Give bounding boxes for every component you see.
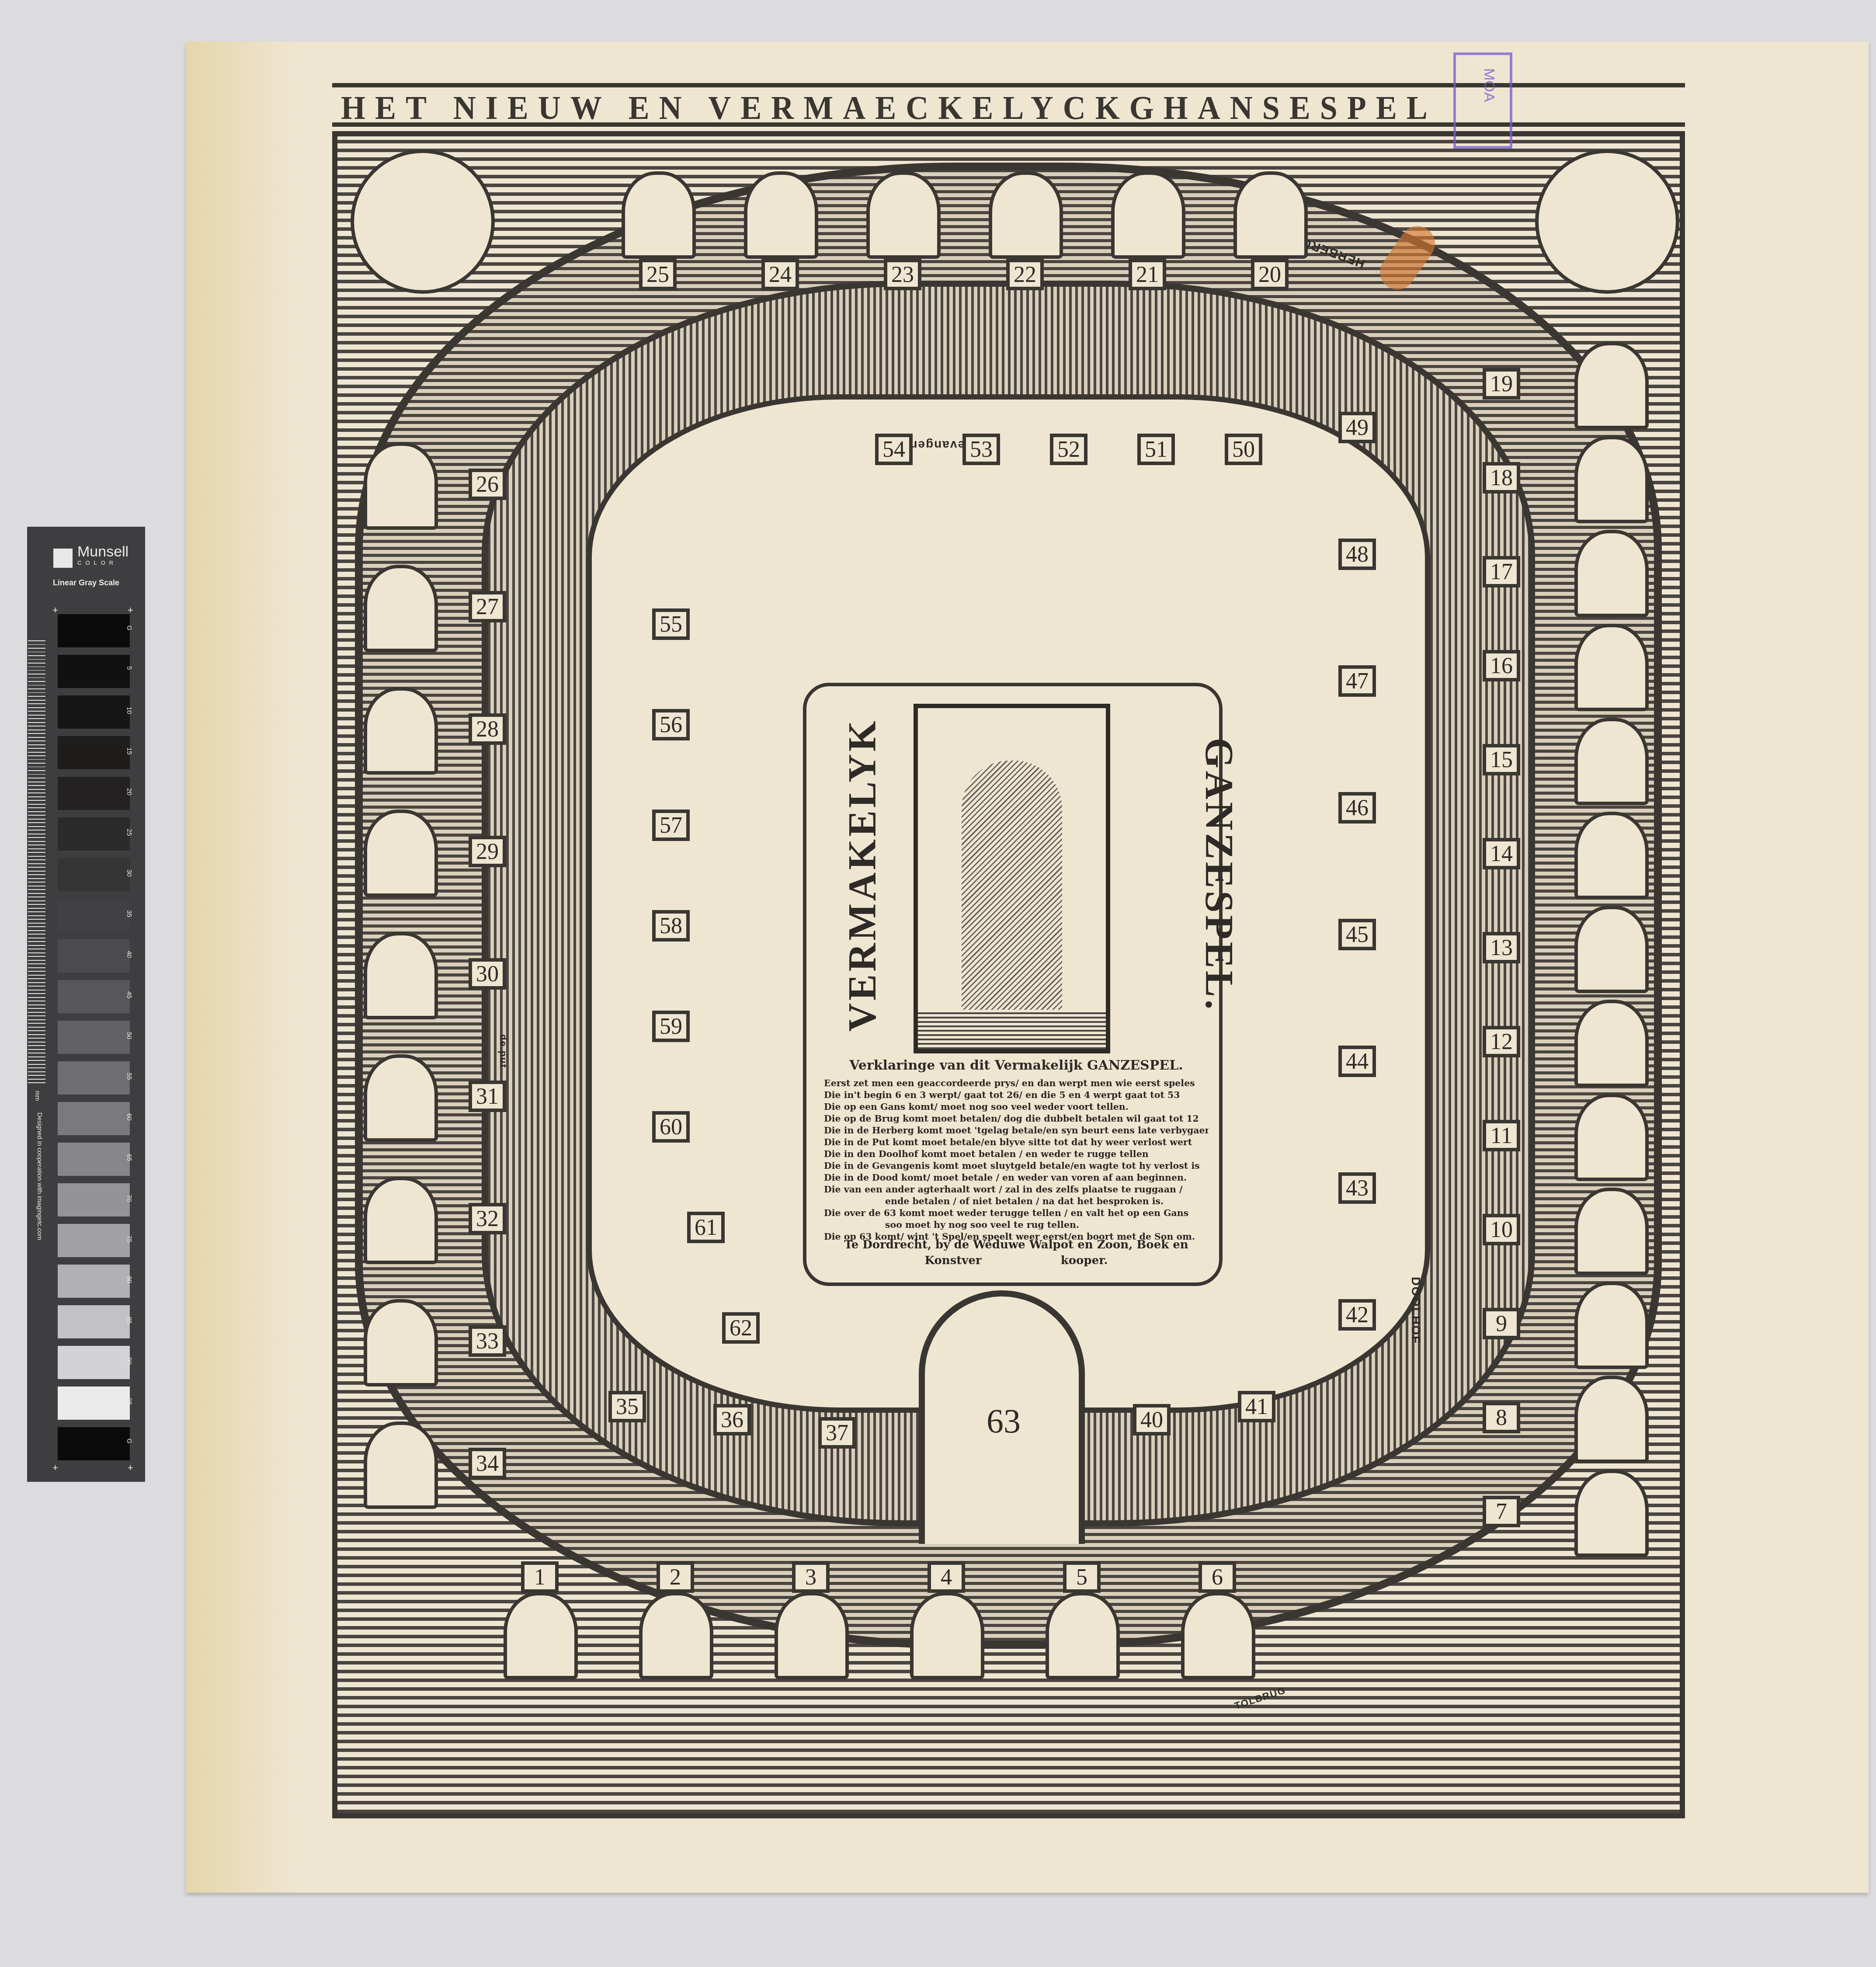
gray-patch-label: 25 — [125, 829, 133, 836]
gray-patch — [58, 736, 130, 769]
space-cell — [1574, 436, 1649, 523]
gray-patch — [58, 1143, 130, 1176]
space-cell — [1046, 1592, 1120, 1679]
gray-patch-label: 35 — [125, 910, 133, 917]
gray-patch — [58, 777, 130, 810]
space-cell — [1574, 1376, 1649, 1463]
center-panel: VERMAKELYK GANZESPEL. Verklaringe van di… — [803, 683, 1223, 1286]
space-cell — [1574, 1282, 1649, 1369]
rule-line: Die in de Put komt moet betale/en blyve … — [824, 1136, 1209, 1148]
square-57: 57 — [652, 810, 690, 841]
stamp-text: MOA — [1480, 68, 1497, 102]
scale-credit: Designed in cooperation with imagingetc.… — [36, 1112, 43, 1240]
gray-patch-label: 70 — [125, 1195, 133, 1202]
rule-line: Die in't begin 6 en 3 werpt/ gaat tot 26… — [824, 1089, 1209, 1101]
square-32: 32 — [469, 1203, 506, 1234]
square-20: 20 — [1251, 259, 1289, 290]
gray-patch-label: 95 — [125, 1398, 133, 1405]
gray-patch-label: G — [125, 626, 133, 631]
gray-patch-label: 45 — [125, 991, 133, 999]
square-54: 54 — [875, 434, 913, 465]
goal-arch-63: 63 — [919, 1290, 1085, 1544]
square-12: 12 — [1483, 1026, 1520, 1057]
gray-patch-label: 20 — [125, 788, 133, 796]
imprint-line: Konstver kooper. — [824, 1253, 1209, 1268]
gray-patch-label: 15 — [125, 747, 133, 755]
gray-patch-label: 60 — [125, 1113, 133, 1121]
space-cell — [1574, 624, 1649, 711]
lady-with-falcon-woodcut — [914, 704, 1110, 1053]
space-cell — [1574, 342, 1649, 429]
rule-line: soo moet hy nog soo veel te rug tellen. — [824, 1219, 1209, 1231]
square-29: 29 — [469, 836, 506, 867]
game-board: HERBERG Gevangenis DOOLHOF TOLBRUG de pu… — [332, 131, 1685, 1818]
space-cell — [364, 810, 438, 897]
square-5: 5 — [1063, 1561, 1101, 1593]
square-41: 41 — [1238, 1391, 1275, 1422]
square-56: 56 — [652, 709, 690, 740]
square-26: 26 — [469, 469, 506, 500]
space-cell — [622, 171, 696, 259]
rule-line: Die over de 63 komt moet weder terugge t… — [824, 1207, 1209, 1219]
space-cell — [364, 687, 438, 775]
imprint-line: Te Dordrecht, by de Weduwe Walpot en Zoo… — [824, 1237, 1209, 1253]
square-15: 15 — [1483, 744, 1520, 775]
square-2: 2 — [657, 1561, 694, 1593]
square-11: 11 — [1483, 1120, 1520, 1151]
square-53: 53 — [962, 434, 1000, 465]
portrait-top-left — [351, 149, 495, 294]
rule-line: Die in den Doolhof komt moet betalen / e… — [824, 1148, 1209, 1160]
ground-hatching — [918, 1010, 1106, 1049]
rule-line: Die in de Herberg komt moet 'tgelag beta… — [824, 1125, 1209, 1136]
gray-patch — [58, 1061, 130, 1095]
gray-patch — [58, 1183, 130, 1216]
space-cell — [1111, 171, 1185, 259]
mm-ruler — [28, 640, 45, 1086]
goal-number: 63 — [973, 1401, 1034, 1441]
gray-patch — [58, 614, 130, 647]
space-cell — [1574, 530, 1649, 617]
collection-stamp: MOA — [1453, 52, 1512, 149]
square-33: 33 — [469, 1325, 506, 1357]
rule-line: Die van een ander agterhaalt wort / zal … — [824, 1184, 1209, 1195]
square-61: 61 — [687, 1212, 725, 1243]
square-30: 30 — [469, 958, 506, 990]
space-cell — [1574, 812, 1649, 899]
square-13: 13 — [1483, 932, 1520, 963]
portrait-top-right — [1535, 149, 1679, 294]
square-47: 47 — [1338, 665, 1376, 697]
rule-line: Die op een Gans komt/ moet nog soo veel … — [824, 1101, 1209, 1113]
square-40: 40 — [1133, 1404, 1171, 1435]
square-23: 23 — [884, 259, 921, 290]
gray-patch — [58, 695, 130, 729]
space-cell — [1574, 1470, 1649, 1557]
gray-patch-label: 85 — [125, 1317, 133, 1324]
registration-mark-icon: + — [52, 605, 58, 616]
rule-line: Eerst zet men een geaccordeerde prys/ en… — [824, 1077, 1209, 1089]
square-35: 35 — [608, 1391, 646, 1422]
square-1: 1 — [521, 1561, 559, 1593]
square-50: 50 — [1225, 434, 1262, 465]
square-60: 60 — [652, 1111, 690, 1143]
center-title-left: VERMAKELYK — [840, 718, 885, 1032]
square-27: 27 — [469, 591, 506, 622]
space-cell — [364, 1054, 438, 1142]
square-45: 45 — [1338, 919, 1376, 950]
rule-line: ende betalen / of niet betalen / na dat … — [824, 1195, 1209, 1207]
gray-patch — [58, 1427, 130, 1460]
square-21: 21 — [1129, 259, 1166, 290]
goose-game-print: HET NIEUW EN VERMAECKELYCKGHANSESPEL HER… — [332, 83, 1685, 1818]
gray-patch — [58, 939, 130, 973]
square-42: 42 — [1338, 1299, 1376, 1331]
square-43: 43 — [1338, 1172, 1376, 1204]
space-cell — [364, 1421, 438, 1509]
square-14: 14 — [1483, 838, 1520, 869]
gray-patch — [58, 1224, 130, 1257]
gray-patch — [58, 1346, 130, 1379]
gray-patch-label: 55 — [125, 1073, 133, 1080]
square-52: 52 — [1050, 434, 1087, 465]
lady-figure — [962, 761, 1062, 1023]
square-10: 10 — [1483, 1214, 1520, 1245]
scale-title: Linear Gray Scale — [27, 578, 145, 587]
square-62: 62 — [722, 1312, 760, 1344]
square-25: 25 — [639, 259, 677, 290]
square-51: 51 — [1137, 434, 1175, 465]
print-title: HET NIEUW EN VERMAECKELYCKGHANSESPEL — [341, 89, 1437, 127]
square-37: 37 — [818, 1417, 856, 1449]
center-title-right: GANZESPEL. — [1196, 738, 1241, 1012]
space-cell — [1233, 171, 1308, 259]
square-31: 31 — [469, 1081, 506, 1112]
square-58: 58 — [652, 910, 690, 942]
munsell-gray-scale-card: MunsellCOLOR Linear Gray Scale + + mm De… — [27, 527, 145, 1482]
square-55: 55 — [652, 608, 690, 640]
square-9: 9 — [1483, 1308, 1520, 1339]
square-16: 16 — [1483, 650, 1520, 681]
square-59: 59 — [652, 1011, 690, 1042]
square-28: 28 — [469, 713, 506, 745]
registration-mark-icon: + — [128, 1462, 133, 1474]
space-cell — [1574, 718, 1649, 805]
gray-patch-label: 30 — [125, 869, 133, 877]
gray-patch-label: G — [125, 1439, 133, 1444]
rule-line: Die in de Gevangenis komt moet sluytgeld… — [824, 1160, 1209, 1172]
munsell-brand: MunsellCOLOR — [77, 544, 129, 567]
doolhof-label: DOOLHOF — [1409, 1277, 1423, 1344]
square-36: 36 — [713, 1404, 751, 1435]
space-cell — [1181, 1592, 1255, 1679]
gray-patch-label: 65 — [125, 1154, 133, 1161]
gray-patch — [58, 980, 130, 1013]
square-49: 49 — [1338, 412, 1376, 443]
space-cell — [364, 1299, 438, 1387]
space-cell — [364, 932, 438, 1019]
rule-line: Die in de Dood komt/ moet betale / en we… — [824, 1172, 1209, 1184]
space-cell — [1574, 1094, 1649, 1181]
space-cell — [1574, 1188, 1649, 1275]
square-34: 34 — [469, 1448, 506, 1479]
square-7: 7 — [1483, 1496, 1520, 1527]
square-48: 48 — [1338, 539, 1376, 570]
gray-patch-label: 10 — [125, 707, 133, 714]
gray-patch — [58, 899, 130, 932]
square-22: 22 — [1006, 259, 1044, 290]
square-24: 24 — [761, 259, 799, 290]
space-cell — [364, 1177, 438, 1264]
gray-patch — [58, 1305, 130, 1338]
space-cell — [364, 442, 438, 530]
space-cell — [504, 1592, 578, 1679]
space-cell — [639, 1592, 713, 1679]
space-cell — [775, 1592, 849, 1679]
square-46: 46 — [1338, 792, 1376, 824]
space-cell — [989, 171, 1063, 259]
ruler-unit: mm — [34, 1091, 41, 1101]
square-44: 44 — [1338, 1046, 1376, 1077]
space-cell — [910, 1592, 984, 1679]
gray-patch-label: 90 — [125, 1357, 133, 1365]
square-8: 8 — [1483, 1402, 1520, 1433]
square-18: 18 — [1483, 462, 1520, 493]
gray-patch — [58, 1387, 130, 1420]
space-cell — [866, 171, 941, 259]
put-label: de put — [497, 1034, 509, 1068]
gray-patch-label: 50 — [125, 1032, 133, 1039]
rule-line: Die op de Brug komt moet betalen/ dog di… — [824, 1113, 1209, 1125]
paper-stain — [186, 42, 299, 1893]
imprint: Te Dordrecht, by de Weduwe Walpot en Zoo… — [824, 1237, 1209, 1268]
space-cell — [1574, 1000, 1649, 1087]
space-cell — [364, 565, 438, 652]
gray-patch-label: 75 — [125, 1235, 133, 1243]
gray-patch — [58, 655, 130, 688]
gray-patch-label: 5 — [125, 666, 133, 670]
munsell-logo-icon — [53, 549, 73, 568]
registration-mark-icon: + — [52, 1462, 58, 1474]
rules-heading: Verklaringe van dit Vermakelijk GANZESPE… — [828, 1058, 1204, 1073]
square-6: 6 — [1199, 1561, 1236, 1593]
gray-patch — [58, 1265, 130, 1298]
space-cell — [1574, 906, 1649, 993]
space-cell — [744, 171, 818, 259]
square-17: 17 — [1483, 556, 1520, 587]
square-3: 3 — [792, 1561, 830, 1593]
gray-patch-label: 40 — [125, 951, 133, 958]
tolbrug-label: TOLBRUG — [1233, 1685, 1287, 1712]
square-19: 19 — [1483, 368, 1520, 400]
gray-patch — [58, 1102, 130, 1135]
square-4: 4 — [928, 1561, 965, 1593]
gray-patch — [58, 858, 130, 891]
gray-patch-label: 80 — [125, 1276, 133, 1283]
gray-patch — [58, 1021, 130, 1054]
gray-patch — [58, 817, 130, 851]
rules-text: Eerst zet men een geaccordeerde prys/ en… — [824, 1077, 1209, 1243]
